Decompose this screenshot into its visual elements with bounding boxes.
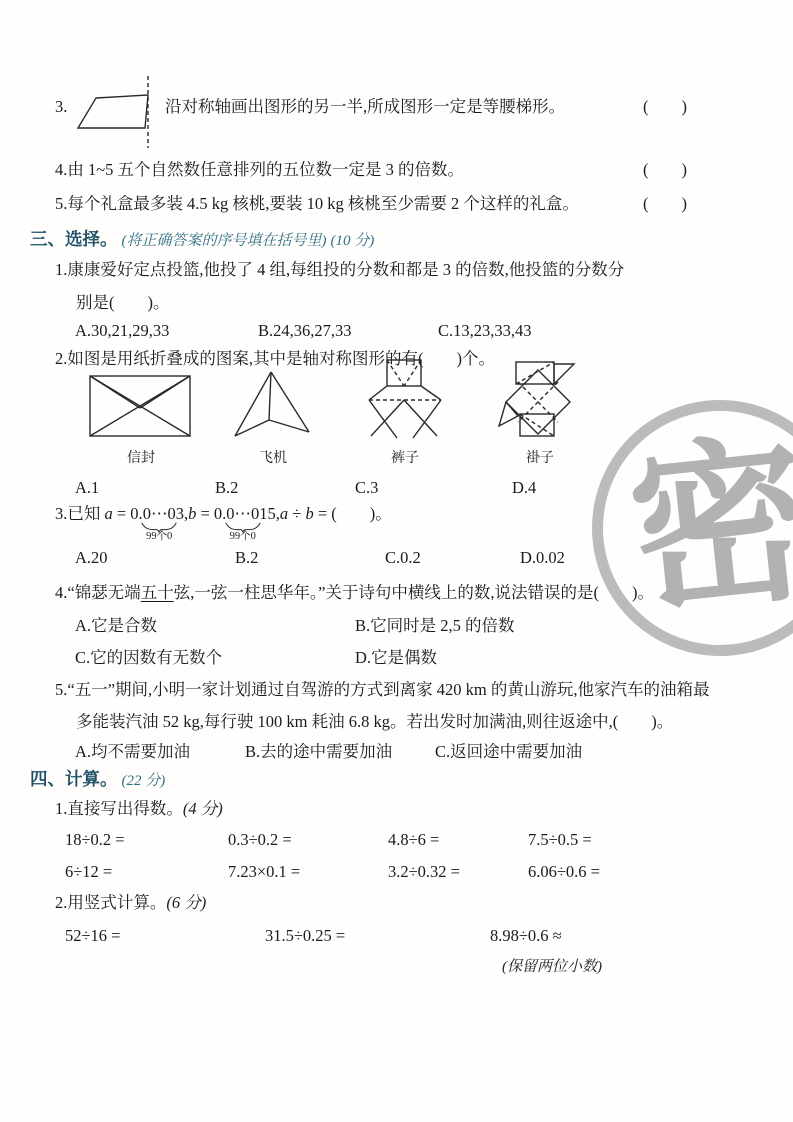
underbrace-a-label: 99个0: [146, 530, 172, 543]
judge-q5-number: 5.: [55, 194, 67, 213]
calc-expr[interactable]: 18÷0.2 =: [65, 830, 125, 851]
choice-q4-pre: “锦瑟无端: [67, 583, 140, 602]
var-a: a: [105, 504, 113, 523]
judge-q4: 4.由 1~5 五个自然数任意排列的五位数一定是 3 的倍数。: [55, 160, 464, 181]
section-choice-note: (将正确答案的序号填在括号里): [122, 233, 327, 249]
calc-vertical-note: (保留两位小数): [502, 958, 602, 977]
paper-plane-icon: [231, 368, 315, 440]
calc-expr[interactable]: 52÷16 =: [65, 926, 121, 947]
folded-jacket-icon: [496, 358, 584, 440]
choice-q4-option-d[interactable]: D.它是偶数: [355, 648, 437, 669]
choice-q1-option-c[interactable]: C.13,23,33,43: [438, 321, 532, 342]
choice-q3-suffix: = ( )。: [314, 504, 392, 523]
choice-q1-line2: 别是( )。: [76, 293, 170, 314]
calc-expr[interactable]: 7.5÷0.5 =: [528, 830, 592, 851]
judge-q4-answer-bracket[interactable]: ( ): [643, 160, 687, 181]
calc-vertical-title-text: 2.用竖式计算。: [55, 893, 166, 912]
figure-plane-label: 飞机: [228, 447, 318, 467]
choice-q4-underlined: 五十: [141, 583, 174, 602]
choice-q1-number: 1.: [55, 260, 67, 279]
calc-expr[interactable]: 0.3÷0.2 =: [228, 830, 292, 851]
choice-q1-option-a[interactable]: A.30,21,29,33: [75, 321, 169, 342]
choice-q2-option-d[interactable]: D.4: [512, 478, 536, 499]
figure-plane: 飞机: [228, 368, 318, 467]
calc-expr[interactable]: 8.98÷0.6 ≈: [490, 926, 562, 947]
calc-expr[interactable]: 3.2÷0.32 =: [388, 862, 460, 883]
section-calc-title: 四、计算。: [30, 769, 118, 789]
choice-q3-number: 3.: [55, 504, 67, 523]
var-a2: a: [280, 504, 288, 523]
calc-direct-points: (4 分): [183, 799, 223, 818]
figure-jacket: 褂子: [494, 358, 586, 467]
choice-q4-option-a[interactable]: A.它是合数: [75, 616, 157, 637]
judge-q4-text: 由 1~5 五个自然数任意排列的五位数一定是 3 的倍数。: [67, 160, 464, 179]
choice-q1-line1: 1.康康爱好定点投篮,他投了 4 组,每组投的分数和都是 3 的倍数,他投篮的分…: [55, 260, 624, 281]
choice-q5-number: 5.: [55, 680, 67, 699]
underbrace-b-label: 99个0: [230, 530, 256, 543]
choice-q5-option-b[interactable]: B.去的途中需要加油: [245, 742, 392, 763]
underbrace-a: 0⋯099个0: [143, 504, 176, 525]
choice-q3-option-d[interactable]: D.0.02: [520, 548, 565, 569]
divide-sign: ÷: [288, 504, 305, 523]
choice-q4-option-c[interactable]: C.它的因数有无数个: [75, 648, 222, 669]
choice-q5-text1: “五一”期间,小明一家计划通过自驾游的方式到离家 420 km 的黄山游玩,他家…: [67, 680, 709, 699]
choice-q2-option-a[interactable]: A.1: [75, 478, 99, 499]
choice-q5-line1: 5.“五一”期间,小明一家计划通过自驾游的方式到离家 420 km 的黄山游玩,…: [55, 680, 709, 701]
judge-q3-text: 沿对称轴画出图形的另一半,所成图形一定是等腰梯形。: [165, 97, 565, 118]
section-choice-points: (10 分): [331, 233, 375, 249]
section-calc-points: (22 分): [122, 773, 166, 789]
var-b2: b: [305, 504, 313, 523]
choice-q5-option-c[interactable]: C.返回途中需要加油: [435, 742, 582, 763]
section-calc-heading: 四、计算。(22 分): [30, 766, 165, 791]
choice-q3-option-b[interactable]: B.2: [235, 548, 258, 569]
underbrace-b: 0⋯099个0: [226, 504, 259, 525]
envelope-icon: [88, 374, 194, 440]
choice-q5-option-a[interactable]: A.均不需要加油: [75, 742, 190, 763]
calc-direct-title: 1.直接写出得数。(4 分): [55, 799, 223, 820]
trapezoid-symmetry-figure: [72, 74, 172, 150]
choice-q3-b-tail: 15,: [259, 504, 280, 523]
judge-q4-number: 4.: [55, 160, 67, 179]
judge-q3-number: 3.: [55, 97, 67, 118]
choice-q1-text1: 康康爱好定点投篮,他投了 4 组,每组投的分数和都是 3 的倍数,他投篮的分数分: [67, 260, 624, 279]
exam-page: 密 3. 沿对称轴画出图形的另一半,所成图形一定是等腰梯形。 ( ) 4.由 1…: [0, 0, 793, 1122]
calc-expr[interactable]: 4.8÷6 =: [388, 830, 439, 851]
figure-pants-label: 裤子: [360, 447, 450, 467]
choice-q4-option-b[interactable]: B.它同时是 2,5 的倍数: [355, 616, 515, 637]
judge-q5-answer-bracket[interactable]: ( ): [643, 194, 687, 215]
calc-expr[interactable]: 31.5÷0.25 =: [265, 926, 345, 947]
choice-q3-a-eq: = 0.: [113, 504, 143, 523]
folded-pants-icon: [363, 358, 447, 440]
choice-q3-prefix: 已知: [67, 504, 104, 523]
choice-q4-line: 4.“锦瑟无端五十弦,一弦一柱思华年。”关于诗句中横线上的数,说法错误的是( )…: [55, 583, 654, 604]
choice-q3-line: 3.已知 a = 0.0⋯099个03,b = 0.0⋯099个015,a ÷ …: [55, 504, 392, 525]
choice-q3-option-a[interactable]: A.20: [75, 548, 108, 569]
choice-q2-option-c[interactable]: C.3: [355, 478, 378, 499]
calc-expr[interactable]: 6.06÷0.6 =: [528, 862, 600, 883]
figure-jacket-label: 褂子: [494, 447, 586, 467]
choice-q5-line2: 多能装汽油 52 kg,每行驶 100 km 耗油 6.8 kg。若出发时加满油…: [76, 712, 673, 733]
calc-expr[interactable]: 7.23×0.1 =: [228, 862, 300, 883]
choice-q3-b-eq: = 0.: [196, 504, 226, 523]
choice-q1-option-b[interactable]: B.24,36,27,33: [258, 321, 352, 342]
figure-envelope: 信封: [86, 374, 196, 467]
judge-q3-answer-bracket[interactable]: ( ): [643, 97, 687, 118]
judge-q5: 5.每个礼盒最多装 4.5 kg 核桃,要装 10 kg 核桃至少需要 2 个这…: [55, 194, 579, 215]
choice-q3-option-c[interactable]: C.0.2: [385, 548, 421, 569]
section-choice-heading: 三、选择。(将正确答案的序号填在括号里)(10 分): [30, 226, 374, 251]
choice-q2-number: 2.: [55, 349, 67, 368]
figure-pants: 裤子: [360, 358, 450, 467]
choice-q2-option-b[interactable]: B.2: [215, 478, 238, 499]
calc-expr[interactable]: 6÷12 =: [65, 862, 112, 883]
choice-q4-post: 弦,一弦一柱思华年。”关于诗句中横线上的数,说法错误的是( )。: [174, 583, 654, 602]
figure-envelope-label: 信封: [86, 447, 196, 467]
judge-q5-text: 每个礼盒最多装 4.5 kg 核桃,要装 10 kg 核桃至少需要 2 个这样的…: [67, 194, 579, 213]
choice-q4-number: 4.: [55, 583, 67, 602]
section-choice-title: 三、选择。: [30, 229, 118, 249]
calc-vertical-title: 2.用竖式计算。(6 分): [55, 893, 206, 914]
calc-vertical-points: (6 分): [166, 893, 206, 912]
calc-direct-title-text: 1.直接写出得数。: [55, 799, 183, 818]
